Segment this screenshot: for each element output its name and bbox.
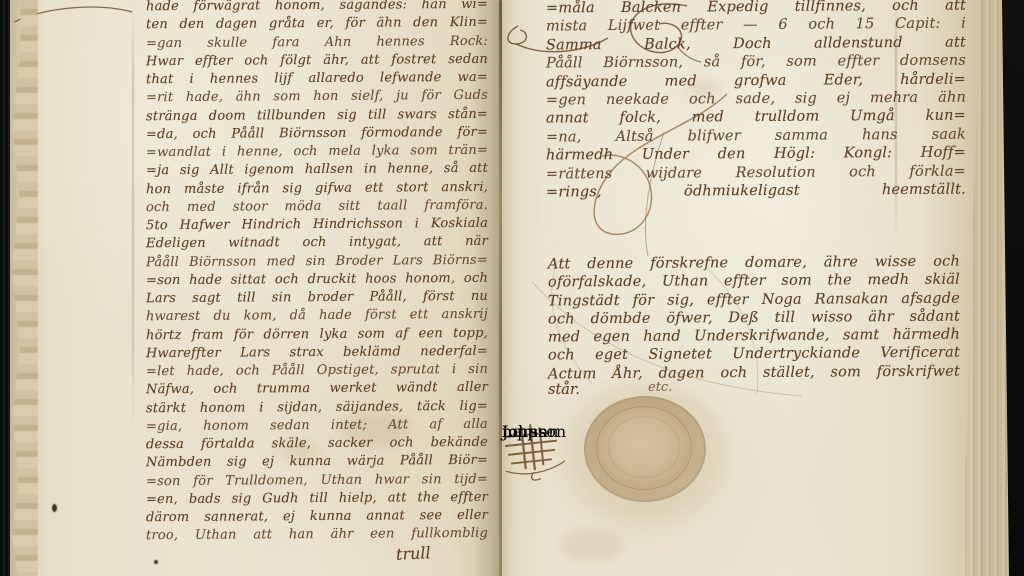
manuscript-line: Pååll Biörnsson med sin Broder Lars Biör…	[146, 251, 488, 272]
catchword: trull	[396, 543, 432, 564]
manuscript-line: =son hade sittat och druckit hoos honom,…	[146, 270, 488, 291]
manuscript-line: stränga doom tillbunden sig till swars s…	[146, 105, 488, 126]
paper-stain	[562, 530, 622, 560]
right-page-paragraph-2: Att denne förskrefne domare, ähre wisse …	[548, 254, 960, 382]
manuscript-line: =gia, honom sedan intet; Att af alla	[146, 416, 488, 437]
manuscript-line: =en, bads sig Gudh till hielp, att the e…	[146, 489, 488, 510]
left-page: hade förwägrat honom, sägandes: han wi=t…	[10, 0, 502, 576]
manuscript-line: =gan skulle fara Ahn hennes Rock:	[146, 32, 488, 53]
right-page: =måla Balcken Expedig tillfinnes, och at…	[502, 0, 980, 576]
manuscript-line: troo, Uthan att han ähr een fullkomblig	[146, 525, 488, 546]
closing-word: står.	[548, 382, 580, 398]
manuscript-spread-photo: hade förwägrat honom, sägandes: han wi=t…	[0, 0, 1024, 576]
red-wax-seal	[716, 427, 755, 464]
left-page-text: hade förwägrat honom, sägandes: han wi=t…	[146, 0, 488, 545]
manuscript-line: Nämbden sig ej kunna wärja Pååll Biör=	[146, 452, 488, 473]
manuscript-line: Näfwa, och trumma werket wändt aller	[146, 379, 488, 400]
manuscript-line: härmedh Under den Högl: Kongl: Hoff=	[546, 144, 966, 165]
manuscript-line: hörtz fram för dörren lyka som af een to…	[146, 324, 488, 345]
manuscript-line: Pååll Biörnsson, så för, som effter doms…	[546, 52, 966, 73]
manuscript-line: =da, och Pååll Biörnsson förmodande för=	[146, 124, 488, 145]
right-page-paragraph-1: =måla Balcken Expedig tillfinnes, och at…	[546, 0, 966, 200]
manuscript-line: =rings, ödhmiukeligast heemställt.	[546, 181, 966, 202]
embossed-paper-seal	[584, 396, 706, 502]
manuscript-line: stärkt honom i sijdan, säijandes, täck l…	[146, 397, 488, 418]
manuscript-line: och med stoor möda sitt taall framföra.	[146, 197, 488, 218]
manuscript-line: =ja sig Allt igenom hallsen in henne, så…	[146, 160, 488, 181]
signature-paraph-abbreviation: mpp	[502, 422, 538, 441]
left-page-crease	[132, 0, 134, 430]
ink-speck	[154, 560, 158, 564]
manuscript-line: oförfalskade, Uthan effter som the medh …	[548, 271, 960, 292]
manuscript-line: Actum Åhr, dagen och stället, som förskr…	[548, 362, 960, 383]
manuscript-line: hwarest du kom, då hade först ett anskri…	[146, 306, 488, 327]
manuscript-line: Hwareffter Lars strax beklämd nederfal=	[146, 343, 488, 364]
ink-speck	[52, 504, 57, 512]
manuscript-line: =rit hade, ähn som hon sielf, ju för Gud…	[146, 87, 488, 108]
manuscript-line: Hwar effter och fölgt ähr, att fostret s…	[146, 51, 488, 72]
seal-inner-ring	[608, 416, 680, 478]
manuscript-line: ten den dagen gråta er, för ähn den Klin…	[146, 14, 488, 35]
manuscript-line: Edeligen witnadt och intygat, att när	[146, 233, 488, 254]
left-page-deckle-edge	[8, 0, 38, 576]
manuscript-line: =son för Trulldomen, Uthan hwar sin tijd…	[146, 470, 488, 491]
manuscript-line: hon måste ifrån sig gifwa ett stort ansk…	[146, 178, 488, 199]
